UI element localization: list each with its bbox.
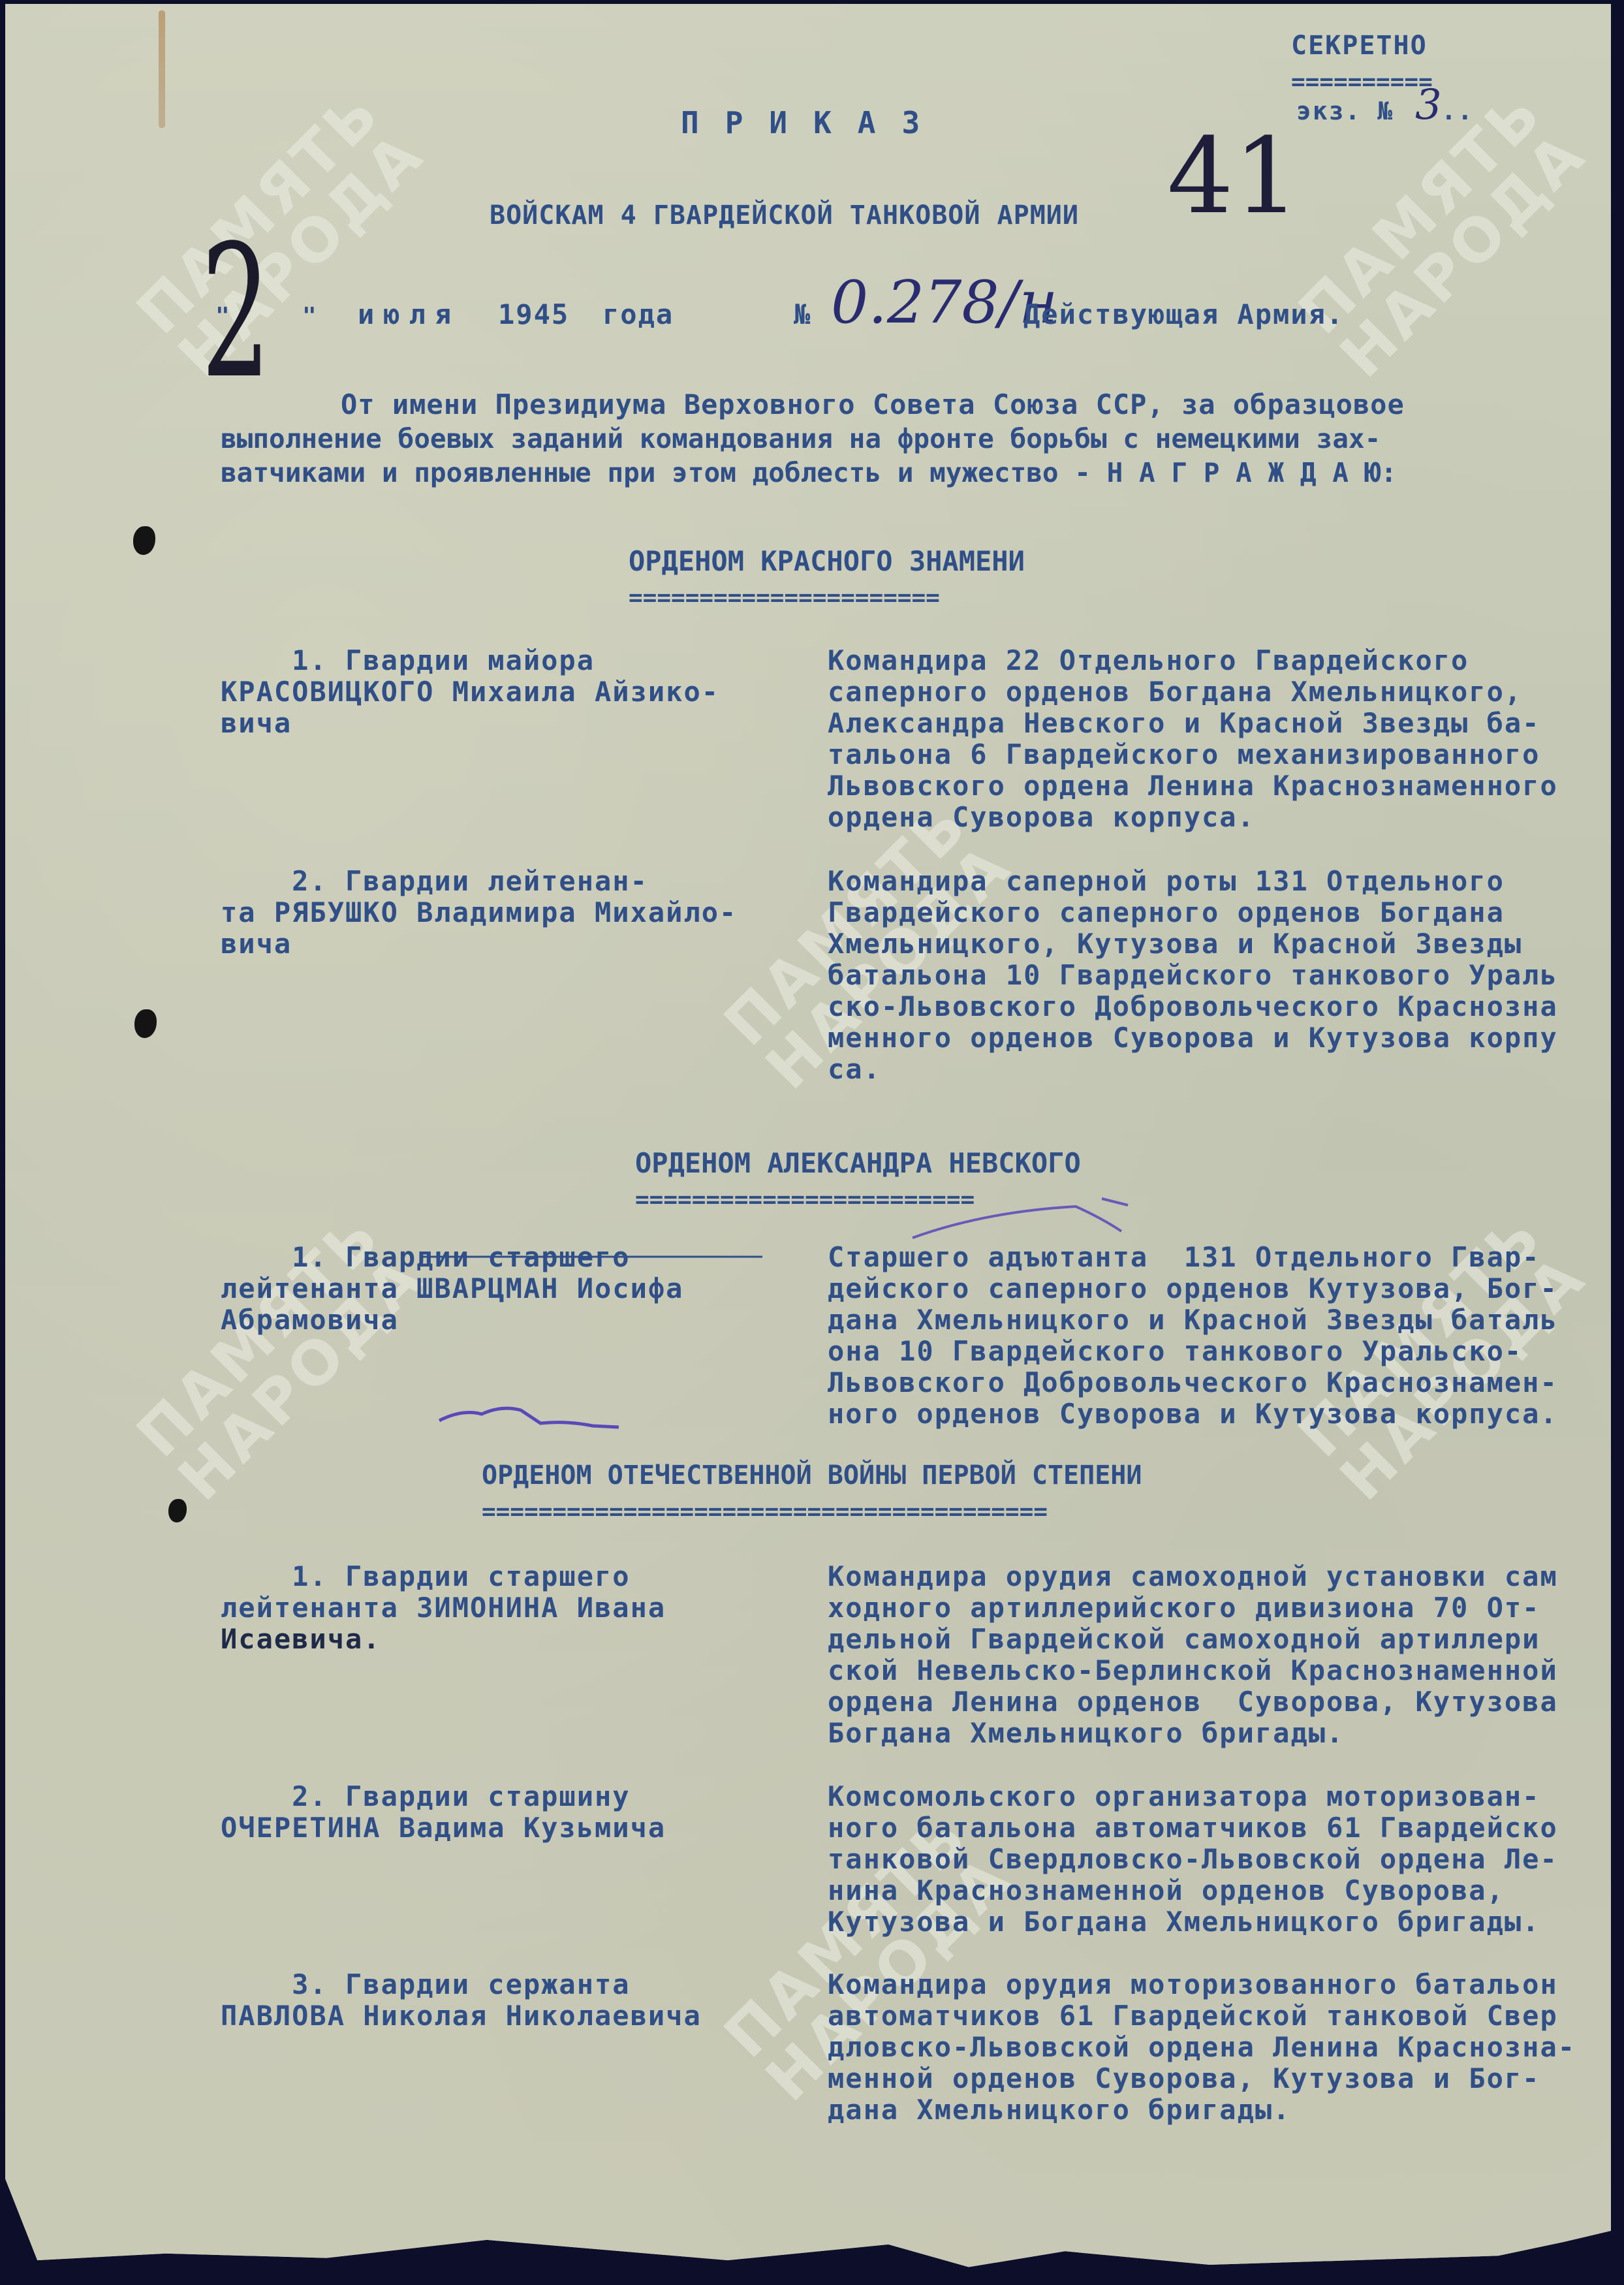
section-heading: ОРДЕНОМ АЛЕКСАНДРА НЕВСКОГО <box>635 1148 1081 1179</box>
document-subtitle: ВОЙСКАМ 4 ГВАРДЕЙСКОЙ ТАНКОВОЙ АРМИИ <box>490 200 1079 231</box>
duty-line: автоматчиков 61 Гвардейской танковой Све… <box>828 2000 1558 2032</box>
duty-line: Командира орудия моторизованного батальо… <box>828 1969 1558 2000</box>
date-month: июля <box>358 299 460 330</box>
preamble-line: От имени Президиума Верховного Совета Со… <box>221 389 1617 420</box>
strikethrough-mark <box>423 1253 762 1260</box>
duty-line: танковой Свердловско-Львовской ордена Ле… <box>828 1844 1558 1875</box>
copy-label: экз. № <box>1296 95 1394 127</box>
awardee-line: 1. Гвардии старшего <box>221 1561 631 1592</box>
ink-arrow-mark <box>906 1192 1141 1244</box>
punch-hole <box>134 1009 157 1038</box>
duty-line: ско-Львовского Добровольческого Краснозн… <box>828 991 1558 1022</box>
duty-line: Кутузова и Богдана Хмельницкого бригады. <box>828 1906 1540 1938</box>
duty-line: Командира 22 Отдельного Гвардейского <box>828 645 1469 676</box>
punch-hole <box>168 1499 187 1522</box>
duty-line: ордена Суворова корпуса. <box>828 802 1255 833</box>
duty-line: дловско-Львовской ордена Ленина Краснозн… <box>828 2032 1576 2063</box>
rust-stain <box>159 10 165 128</box>
duty-line: Александра Невского и Красной Звезды ба- <box>828 708 1540 739</box>
ink-squiggle-mark <box>436 1401 632 1434</box>
awardee-line: Исаевича. <box>221 1624 381 1655</box>
classification-underline: ========== <box>1291 67 1433 98</box>
awardee-name: ПАВЛОВА Николая Николаевича <box>221 2000 702 2032</box>
duty-line: дана Хмельницкого бригады. <box>828 2094 1290 2126</box>
duty-line: ордена Ленина орденов Суворова, Кутузова <box>828 1686 1558 1718</box>
watermark: ПАМЯТЬНАРОДА <box>127 80 435 388</box>
date-day: 2 <box>201 206 271 419</box>
duty-line: Львовского Добровольческого Краснознамен… <box>828 1367 1558 1398</box>
classification-stamp: СЕКРЕТНО <box>1291 30 1428 61</box>
duty-line: саперного орденов Богдана Хмельницкого, <box>828 676 1522 708</box>
duty-line: Львовского ордена Ленина Краснознаменног… <box>828 770 1558 802</box>
awardee-line: 2. Гвардии старшину <box>221 1781 631 1812</box>
date-year-label: года <box>602 299 674 330</box>
duty-line: ного батальона автоматчиков 61 Гвардейск… <box>828 1812 1558 1844</box>
awardee-name: лейтенанта ЗИМОНИНА Ивана <box>221 1592 666 1624</box>
awardee-line: вича <box>221 708 292 739</box>
preamble-line: выполнение боевых заданий командования н… <box>221 423 1617 454</box>
duty-line: ного орденов Суворова и Кутузова корпуса… <box>828 1398 1558 1430</box>
awardee-name: ОЧЕРЕТИНА Вадима Кузьмича <box>221 1812 666 1844</box>
duty-line: тальона 6 Гвардейского механизированного <box>828 739 1540 770</box>
document-page: ПАМЯТЬНАРОДА ПАМЯТЬНАРОДА ПАМЯТЬНАРОДА П… <box>5 4 1611 2269</box>
date-year: 1945 <box>498 299 569 330</box>
duty-line: Командира орудия самоходной установки са… <box>828 1561 1558 1592</box>
duty-line: Комсомольского организатора моторизован- <box>828 1781 1540 1812</box>
duty-line: менной орденов Суворова, Кутузова и Бог- <box>828 2063 1540 2094</box>
document-title: ПРИКАЗ <box>681 107 946 138</box>
awardee-line: Абрамовича <box>221 1304 399 1336</box>
awardee-line: вича <box>221 928 292 960</box>
location: Действующая Армия. <box>1023 299 1344 330</box>
date-quote-close: " <box>302 301 318 332</box>
duty-line: Хмельницкого, Кутузова и Красной Звезды <box>828 928 1522 960</box>
section-underline: ======================================== <box>482 1496 1048 1528</box>
duty-line: Командира саперной роты 131 Отдельного <box>828 866 1505 897</box>
preamble-line: ватчиками и проявленные при этом доблест… <box>221 457 1617 488</box>
section-heading: ОРДЕНОМ ОТЕЧЕСТВЕННОЙ ВОЙНЫ ПЕРВОЙ СТЕПЕ… <box>482 1460 1142 1491</box>
duty-line: Гвардейского саперного орденов Богдана <box>828 897 1505 928</box>
duty-line: она 10 Гвардейского танкового Уральско- <box>828 1336 1522 1367</box>
duty-line: Богдана Хмельницкого бригады. <box>828 1718 1344 1749</box>
section-heading: ОРДЕНОМ КРАСНОГО ЗНАМЕНИ <box>629 546 1025 577</box>
copy-number: 3 <box>1415 81 1442 129</box>
duty-line: дана Хмельницкого и Красной Звезды батал… <box>828 1304 1558 1336</box>
duty-line: Старшего адъютанта 131 Отдельного Гвар- <box>828 1242 1540 1273</box>
duty-line: дельной Гвардейской самоходной артиллери <box>828 1624 1540 1655</box>
sheet-number: 41 <box>1167 115 1300 237</box>
awardee-name: КРАСОВИЦКОГО Михаила Айзико- <box>221 676 719 708</box>
duty-line: дейского саперного орденов Кутузова, Бог… <box>828 1273 1558 1304</box>
awardee-name: лейтенанта ШВАРЦМАН Иосифа <box>221 1273 683 1304</box>
duty-line: са. <box>828 1054 881 1085</box>
duty-line: ской Невельско-Берлинской Краснознаменно… <box>828 1655 1558 1686</box>
duty-line: ходного артиллерийского дивизиона 70 От- <box>828 1592 1540 1624</box>
awardee-name: та РЯБУШКО Владимира Михайло- <box>221 897 737 928</box>
duty-line: нина Краснознаменной орденов Суворова, <box>828 1875 1505 1906</box>
awardee-line: 2. Гвардии лейтенан- <box>221 866 648 897</box>
section-underline: ====================== <box>629 582 940 614</box>
copy-dots: .. <box>1441 95 1474 127</box>
duty-line: батальона 10 Гвардейского танкового Урал… <box>828 960 1558 991</box>
order-number-prefix: № <box>794 299 811 330</box>
duty-line: менного орденов Суворова и Кутузова корп… <box>828 1022 1558 1054</box>
awardee-line: 3. Гвардии сержанта <box>221 1969 631 2000</box>
punch-hole <box>133 526 155 555</box>
date-quote-open: " <box>215 301 231 332</box>
awardee-line: 1. Гвардии майора <box>221 645 595 676</box>
